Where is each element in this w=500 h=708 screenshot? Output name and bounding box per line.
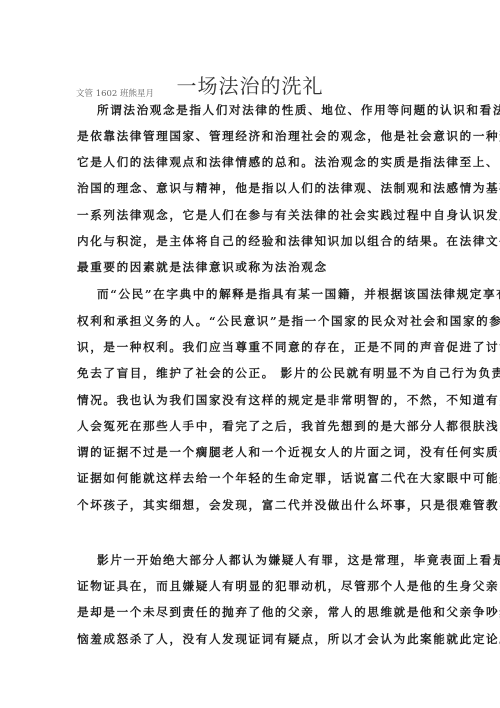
paragraph-line: 治国的理念、意识与精神，他是指以人们的法律观、法制观和法感情为基础的	[77, 180, 500, 196]
paragraph-line: 所谓法治观念是指人们对法律的性质、地位、作用等问题的认识和看法也	[97, 102, 500, 118]
author-byline: 文管 1602 班熊星月	[76, 87, 154, 99]
paragraph-line: 人会冤死在那些人手中，看完了之后，我首先想到的是大部分人都很肤浅，所	[77, 418, 500, 434]
paragraph-line: 是却是一个未尽到责任的抛弃了他的父亲，常人的思维就是他和父亲争吵然后	[77, 604, 500, 620]
paragraph-line: 权利和承担义务的人。“公民意识”是指一个国家的民众对社会和国家的参与意	[77, 313, 500, 329]
paragraph-line: 免去了盲目，维护了社会的公正。 影片的公民就有明显不为自己行为负责的	[77, 365, 500, 381]
paragraph-line: 是依靠法律管理国家、管理经济和治理社会的观念，他是社会意识的一种形式，	[77, 128, 500, 144]
paragraph-line: 内化与积淀，是主体将自己的经验和法律知识加以组合的结果。在法律文化中，	[77, 233, 500, 249]
paragraph-line: 识，是一种权利。我们应当尊重不同意的存在，正是不同的声音促进了讨论，	[77, 339, 500, 355]
paragraph-line: 证据如何能就这样去给一个年轻的生命定罪，话说富二代在大家眼中可能是一	[77, 470, 500, 486]
paragraph-line: 证物证具在，而且嫌疑人有明显的犯罪动机，尽管那个人是他的生身父亲，但	[77, 578, 500, 594]
paragraph-line: 影片一开始绝大部分人都认为嫌疑人有罪，这是常理，毕竟表面上看是人	[97, 552, 500, 568]
paragraph-line: 谓的证据不过是一个瘸腿老人和一个近视女人的片面之词，没有任何实质性的	[77, 444, 500, 460]
paragraph-line: 情况。我也认为我们国家没有这样的规定是非常明智的，不然，不知道有多少	[77, 392, 500, 408]
paragraph-line: 最重要的因素就是法律意识或称为法治观念	[77, 259, 328, 275]
paragraph-line: 个坏孩子，其实细想，会发现，富二代并没做出什么坏事，只是很难管教罢了。	[77, 497, 500, 513]
paragraph-line: 而“公民”在字典中的解释是指具有某一国籍，并根据该国法律规定享有	[97, 286, 500, 302]
paragraph-line: 它是人们的法律观点和法律情感的总和。法治观念的实质是指法律至上、以法	[77, 154, 500, 170]
paragraph-line: 恼羞成怒杀了人，没有人发现证词有疑点，所以才会认为此案能就此定论。可	[77, 631, 500, 647]
document-title: 一场法治的洗礼	[0, 70, 500, 99]
paragraph-line: 一系列法律观念，它是人们在参与有关法律的社会实践过程中自身认识发展的	[77, 207, 500, 223]
